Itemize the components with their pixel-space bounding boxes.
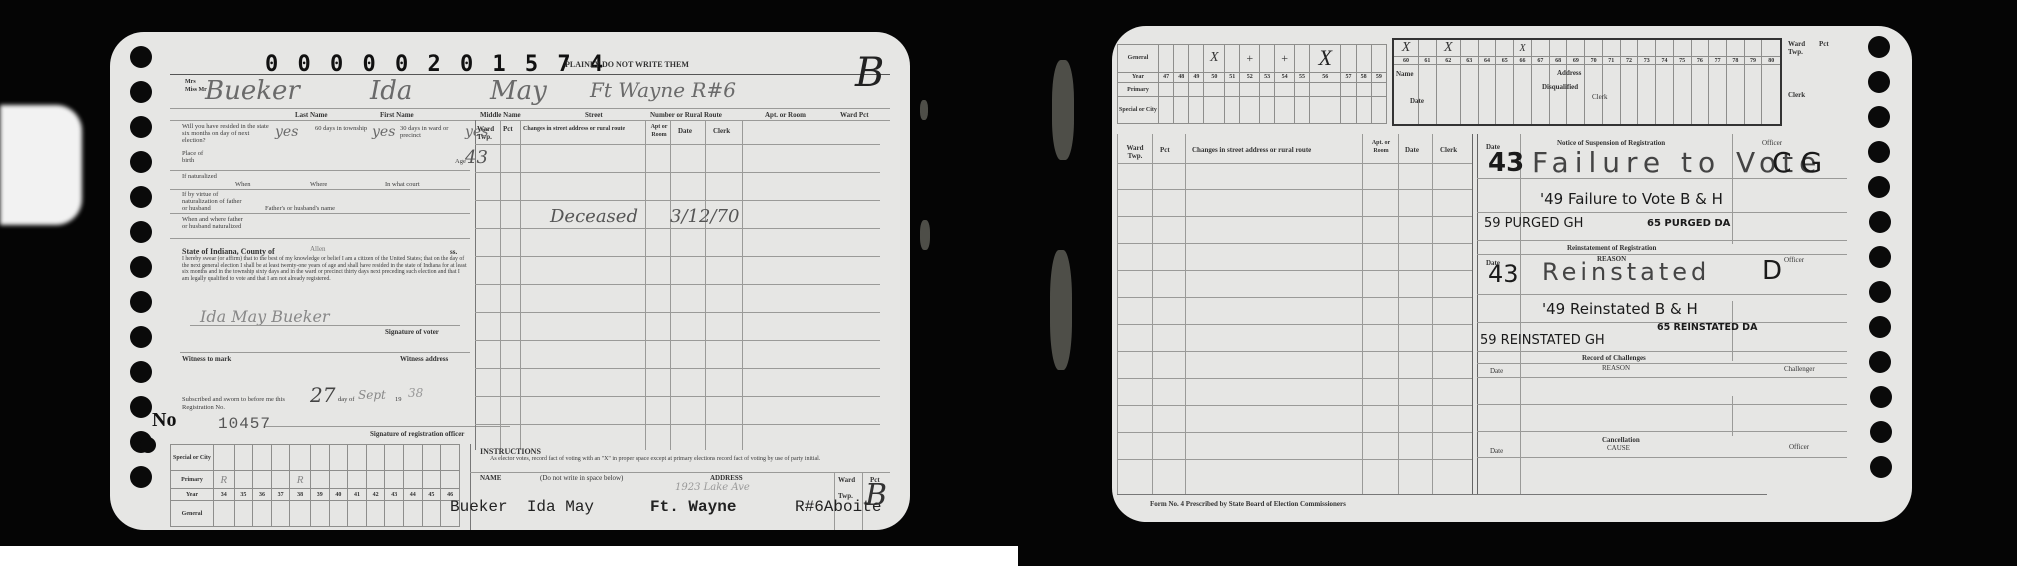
- bottom-address-label: ADDRESS: [710, 474, 743, 482]
- row-label-special: Special or City: [1118, 97, 1159, 124]
- year-cell: 64: [1478, 57, 1496, 65]
- court-label: In what court: [385, 180, 420, 189]
- officer-signature-label: Signature of registration officer: [370, 430, 464, 438]
- year-cell: 72: [1620, 57, 1638, 65]
- change-header-ward: Ward Twp.: [477, 125, 499, 141]
- header-note: PLAINLY DO NOT WRITE THEM: [565, 61, 689, 69]
- year-cell: 75: [1673, 57, 1691, 65]
- change-header-clerk: Clerk: [713, 127, 730, 135]
- year-cell: 63: [1460, 57, 1478, 65]
- middle-name-handwritten: May: [490, 76, 547, 106]
- day-of-label: day of: [338, 395, 354, 404]
- stub-date-label: Date: [1410, 97, 1424, 105]
- oath-heading: State of Indiana, County of: [182, 248, 275, 256]
- reinstatement-officer-3: 65 REINSTATED DA: [1657, 322, 1757, 333]
- scan-dust: [920, 220, 930, 250]
- oath-text: I hereby swear (or affirm) that to the b…: [182, 256, 467, 282]
- year-cell: 67: [1532, 57, 1550, 65]
- year-cell: 41: [348, 489, 367, 501]
- general-mark-52: +: [1240, 45, 1260, 73]
- stub-mark-62: X: [1436, 39, 1460, 57]
- year-cell: 76: [1691, 57, 1709, 65]
- general-mark-56: X: [1310, 45, 1341, 73]
- row-label-year: Year: [171, 489, 214, 501]
- stub-clerk-label: Clerk: [1592, 93, 1608, 101]
- year-cell: 79: [1744, 57, 1762, 65]
- voter-signature: Ida May Bueker: [200, 307, 330, 326]
- year-cell: 40: [329, 489, 348, 501]
- corner-mark: B: [855, 50, 884, 96]
- year-cell: 44: [404, 489, 423, 501]
- reinstatement-title: Reinstatement of Registration: [1567, 244, 1656, 252]
- where-label: Where: [310, 180, 327, 189]
- voting-history-grid: Special or City PrimaryRR Year 34 35 36 …: [170, 444, 460, 527]
- bottom-ward-label: Ward: [838, 476, 855, 484]
- year-cell: 51: [1225, 72, 1240, 82]
- subscribed-year: 38: [408, 386, 423, 400]
- reinstatement-text-2: '49 Reinstated B & H: [1542, 300, 1698, 318]
- back-change-header-date: Date: [1405, 146, 1419, 154]
- witness-address-label: Witness address: [400, 355, 448, 363]
- reinstatement-date-1: 43: [1488, 260, 1519, 288]
- oath-ss: ss.: [450, 248, 457, 256]
- year-cell: 65: [1496, 57, 1514, 65]
- general-mark-54: +: [1275, 45, 1295, 73]
- subscribed-month: Sept: [358, 388, 386, 402]
- first-name-label: First Name: [380, 111, 414, 119]
- scan-dust: [920, 100, 928, 120]
- stub-disqualified-label: Disqualified: [1542, 83, 1578, 91]
- stub-mark-60: X: [1393, 39, 1418, 57]
- year-cell: 43: [385, 489, 404, 501]
- signature-label: Signature of voter: [385, 328, 439, 336]
- year-cell: 54: [1275, 72, 1295, 82]
- year-cell: 45: [422, 489, 441, 501]
- reinstatement-officer-1: D: [1762, 256, 1782, 286]
- residence-answer: yes: [275, 124, 298, 140]
- subscribed-day: 27: [310, 383, 335, 407]
- year-cell: 39: [310, 489, 329, 501]
- voting-history-grid-1960-1980: X X X 60 61 62 63 64 65 66 67 68 69 70 7…: [1392, 38, 1782, 126]
- voting-history-grid-1947-1959: General X + + X Year 47 48 49 50 51 52 5…: [1117, 44, 1387, 124]
- when-where-label: When and where father or husband natural…: [182, 216, 247, 230]
- when-label: When: [235, 180, 251, 189]
- stub-address-label: Address: [1557, 69, 1581, 77]
- no-symbol: No: [152, 409, 176, 432]
- residence-question: Will you have resided in the state six m…: [182, 123, 272, 144]
- year-cell: 38: [290, 489, 311, 501]
- year-cell: 49: [1189, 72, 1204, 82]
- cancellation-date-label: Date: [1490, 447, 1503, 455]
- registration-card-front: 0 0 0 0 0 2 0 1 5 7 4 PLAINLY DO NOT WRI…: [110, 32, 910, 530]
- township-question: 60 days in township: [315, 125, 370, 132]
- suspension-officer-1: C G: [1772, 146, 1822, 179]
- row-label-primary: Primary: [171, 471, 214, 489]
- witness-label: Witness to mark: [182, 355, 231, 363]
- township-answer: yes: [372, 124, 395, 140]
- last-name-handwritten: Bueker: [205, 76, 300, 106]
- row-label-primary: Primary: [1118, 82, 1159, 96]
- registration-card-back: General X + + X Year 47 48 49 50 51 52 5…: [1112, 26, 1912, 522]
- apt-label: Apt. or Room: [765, 111, 806, 119]
- row-label-year: Year: [1118, 72, 1159, 82]
- place-of-birth-label: Place of birth: [182, 150, 212, 164]
- reinstatement-text-3: 59 REINSTATED GH: [1480, 333, 1605, 348]
- ward-question: 30 days in ward or precinct: [400, 125, 465, 139]
- year-cell: 73: [1638, 57, 1656, 65]
- change-entry-deceased: Deceased: [550, 206, 638, 227]
- scan-dust: [1052, 60, 1074, 160]
- year-cell: 69: [1567, 57, 1585, 65]
- bottom-mark: B: [865, 478, 887, 513]
- row-label-special: Special or City: [171, 445, 214, 471]
- year-cell: 80: [1762, 57, 1781, 65]
- year-cell: 37: [271, 489, 290, 501]
- change-header-date: Date: [678, 127, 692, 135]
- scan-dust: [1050, 250, 1072, 370]
- year-cell: 59: [1371, 72, 1386, 82]
- change-header-address: Changes in street address or rural route: [523, 125, 643, 133]
- registration-no-label: Registration No.: [182, 403, 225, 412]
- challenges-title: Record of Challenges: [1582, 354, 1646, 362]
- first-name-handwritten: Ida: [370, 76, 412, 106]
- instructions-title: INSTRUCTIONS: [480, 448, 541, 456]
- primary-mark-38: R: [290, 471, 311, 489]
- virtue-label: If by virtue of naturalization of father…: [182, 191, 242, 212]
- stub-clerk: Clerk: [1788, 91, 1805, 99]
- year-cell: 71: [1602, 57, 1620, 65]
- suspension-officer-3: 65 PURGED DA: [1647, 218, 1730, 229]
- suspension-text-3: 59 PURGED GH: [1484, 216, 1583, 231]
- registration-number: 10457: [218, 415, 271, 433]
- primary-mark-34: R: [214, 471, 235, 489]
- year-cell: 55: [1294, 72, 1309, 82]
- change-header-apt: Apt or Room: [648, 123, 670, 139]
- age-value: 43: [465, 147, 488, 168]
- street-label: Street: [585, 111, 603, 119]
- year-cell: 78: [1726, 57, 1744, 65]
- oath-county: Allen: [310, 245, 326, 254]
- year-label: 19: [395, 395, 402, 404]
- year-cell: 56: [1310, 72, 1341, 82]
- year-cell: 61: [1418, 57, 1436, 65]
- stub-name-label: Name: [1396, 70, 1414, 78]
- row-label-general: General: [171, 501, 214, 527]
- last-name-label: Last Name: [295, 111, 327, 119]
- year-cell: 62: [1436, 57, 1460, 65]
- year-cell: 77: [1709, 57, 1727, 65]
- address-handwritten: 1923 Lake Ave: [675, 482, 750, 493]
- instructions-text: As elector votes, record fact of voting …: [490, 456, 890, 463]
- typed-name: Bueker Ida May: [450, 498, 594, 516]
- father-label: Father's or husband's name: [265, 204, 335, 213]
- ward-pct-label: Ward Pct: [840, 111, 869, 119]
- row-label-general: General: [1118, 45, 1159, 73]
- middle-name-label: Middle Name: [480, 111, 521, 119]
- bottom-name-label: NAME: [480, 474, 501, 482]
- suspension-date-1: 43: [1488, 148, 1524, 178]
- cancellation-cause-label: CAUSE: [1607, 444, 1630, 452]
- year-cell: 74: [1656, 57, 1674, 65]
- cancellation-title: Cancellation: [1602, 436, 1640, 444]
- year-cell: 42: [366, 489, 385, 501]
- change-header-pct: Pct: [503, 125, 513, 133]
- year-cell: 60: [1393, 57, 1418, 65]
- back-change-header-ward: Ward Twp.: [1122, 144, 1148, 160]
- title-prefix: Mrs Miss Mr: [185, 78, 207, 94]
- general-mark-50: X: [1204, 45, 1225, 73]
- year-cell: 35: [234, 489, 253, 501]
- year-cell: 70: [1585, 57, 1603, 65]
- back-change-header-pct: Pct: [1160, 146, 1170, 154]
- year-cell: 53: [1260, 72, 1275, 82]
- year-cell: 66: [1514, 57, 1532, 65]
- year-cell: 48: [1174, 72, 1189, 82]
- challenges-challenger-label: Challenger: [1784, 365, 1815, 373]
- year-cell: 52: [1240, 72, 1260, 82]
- stub-mark-66: X: [1514, 39, 1532, 57]
- number-label: Number or Rural Route: [650, 111, 722, 119]
- scan-glare: [0, 105, 82, 225]
- suspension-text-2: '49 Failure to Vote B & H: [1540, 190, 1723, 208]
- year-cell: 47: [1159, 72, 1174, 82]
- year-cell: 34: [214, 489, 235, 501]
- typed-city: Ft. Wayne: [650, 498, 736, 516]
- scan-edge-strip: [0, 546, 1018, 566]
- year-cell: 68: [1549, 57, 1567, 65]
- challenges-date-label: Date: [1490, 367, 1503, 375]
- change-entry-date: 3/12/70: [670, 206, 739, 227]
- back-change-header-apt: Apt. or Room: [1365, 139, 1397, 155]
- year-cell: 57: [1341, 72, 1356, 82]
- challenges-reason-label: REASON: [1602, 364, 1630, 372]
- stub-ward-twp: Ward Twp.: [1788, 40, 1810, 56]
- do-not-write-label: (Do not write in space below): [540, 474, 623, 482]
- form-footer: Form No. 4 Prescribed by State Board of …: [1150, 500, 1346, 508]
- stub-pct: Pct: [1819, 40, 1829, 48]
- cancellation-officer-label: Officer: [1789, 443, 1809, 451]
- year-cell: 58: [1356, 72, 1371, 82]
- naturalized-label: If naturalized: [182, 172, 217, 181]
- back-change-header-address: Changes in street address or rural route: [1192, 146, 1311, 154]
- back-change-header-clerk: Clerk: [1440, 146, 1457, 154]
- reinstatement-officer-label: Officer: [1784, 256, 1804, 264]
- year-cell: 36: [253, 489, 272, 501]
- street-handwritten: Ft Wayne R#6: [590, 78, 736, 102]
- year-cell: 50: [1204, 72, 1225, 82]
- reinstatement-text-1: Reinstated: [1542, 258, 1710, 286]
